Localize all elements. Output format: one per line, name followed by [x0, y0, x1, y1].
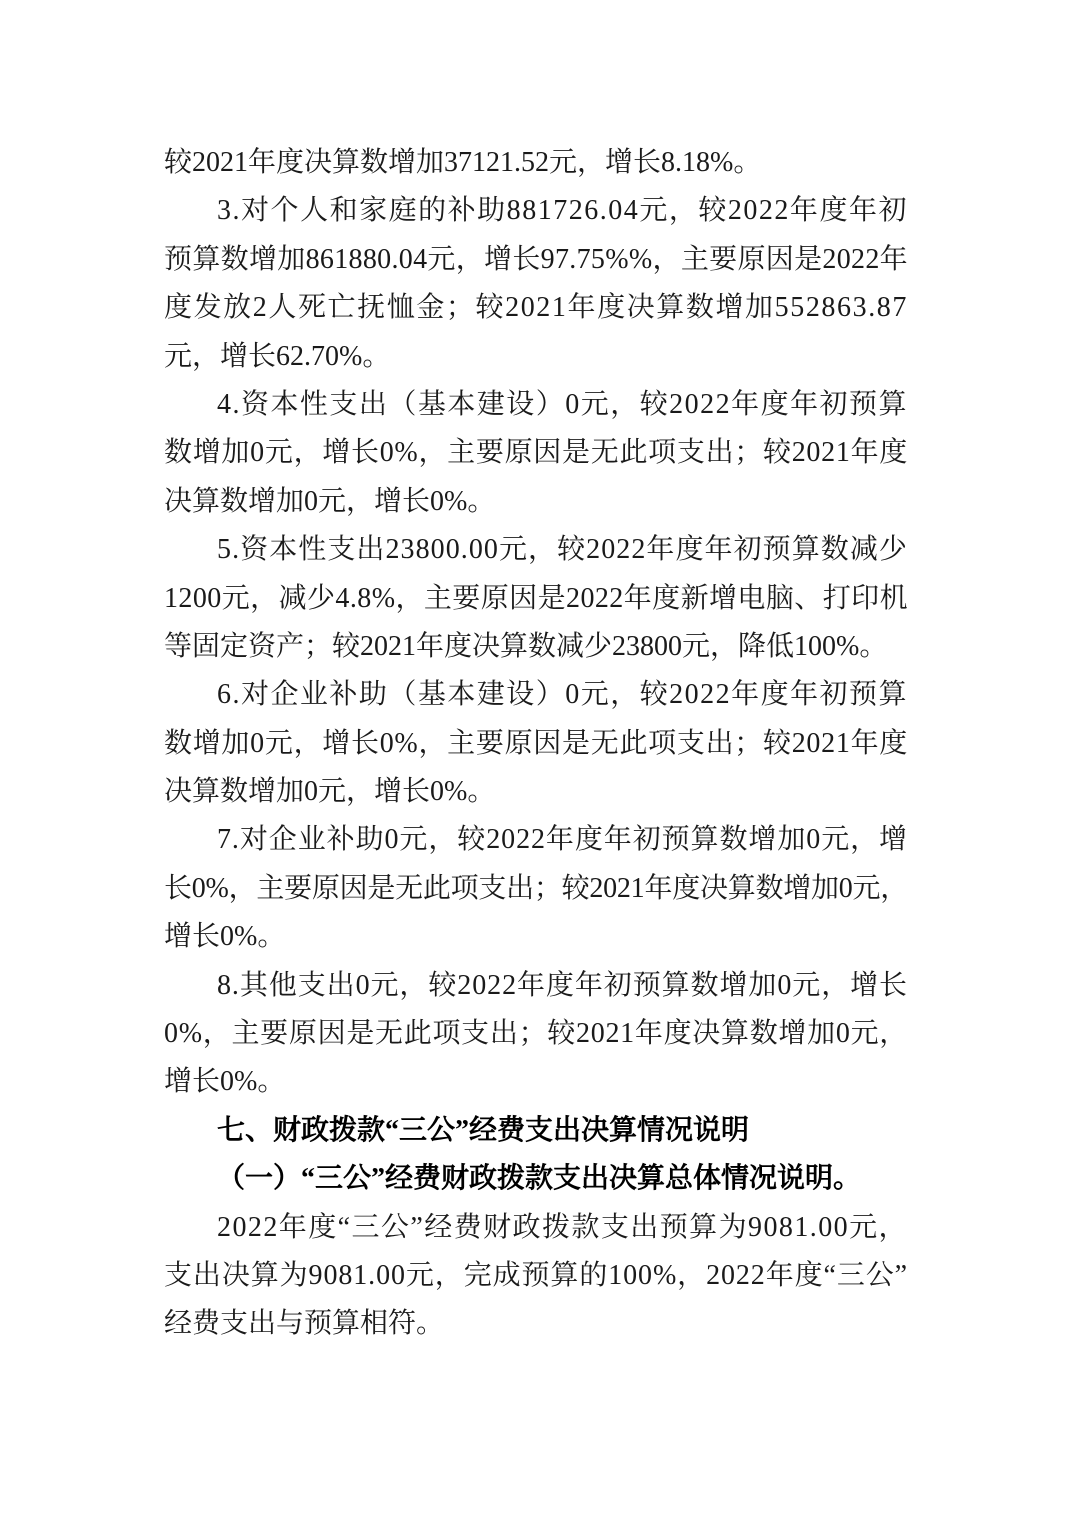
text-line: 6.对企业补助（基本建设）0元，较2022年度年初预算	[164, 671, 908, 719]
text-line: 等固定资产；较2021年度决算数减少23800元，降低100%。	[164, 623, 908, 671]
text-line-content: 决算数增加0元，增长0%。	[164, 776, 495, 807]
text-line-content: 决算数增加0元，增长0%。	[164, 486, 495, 517]
text-line-content: 7.对企业补助0元，较2022年度年初预算数增加0元，增	[217, 824, 908, 855]
document-page: 较2021年度决算数增加37121.52元，增长8.18%。3.对个人和家庭的补…	[0, 0, 1074, 1520]
text-line: 经费支出与预算相符。	[164, 1300, 908, 1348]
text-line-content: 5.资本性支出23800.00元，较2022年度年初预算数减少	[217, 534, 908, 565]
section-heading: 七、财政拨款“三公”经费支出决算情况说明	[164, 1107, 908, 1155]
text-line: 增长0%。	[164, 1058, 908, 1106]
text-line: 0%，主要原因是无此项支出；较2021年度决算数增加0元，	[164, 1010, 908, 1058]
text-line-content: 0%，主要原因是无此项支出；较2021年度决算数增加0元，	[164, 1018, 908, 1049]
text-line-content: 1200元，减少4.8%，主要原因是2022年度新增电脑、打印机	[164, 583, 908, 614]
text-line-content: 4.资本性支出（基本建设）0元，较2022年度年初预算	[217, 389, 908, 420]
text-line: 3.对个人和家庭的补助881726.04元，较2022年度年初	[164, 187, 908, 235]
text-line: 4.资本性支出（基本建设）0元，较2022年度年初预算	[164, 381, 908, 429]
text-line-content: 预算数增加861880.04元，增长97.75%%，主要原因是2022年	[164, 244, 908, 275]
text-line-content: 8.其他支出0元，较2022年度年初预算数增加0元，增长	[217, 970, 908, 1001]
text-line-content: 较2021年度决算数增加37121.52元，增长8.18%。	[164, 147, 761, 178]
text-line: 2022年度“三公”经费财政拨款支出预算为9081.00元，	[164, 1204, 908, 1252]
text-line-content: 七、财政拨款“三公”经费支出决算情况说明	[217, 1115, 749, 1146]
text-line-content: 2022年度“三公”经费财政拨款支出预算为9081.00元，	[217, 1212, 908, 1243]
text-line: 度发放2人死亡抚恤金；较2021年度决算数增加552863.87	[164, 284, 908, 332]
document-content: 较2021年度决算数增加37121.52元，增长8.18%。3.对个人和家庭的补…	[164, 139, 908, 1349]
text-line: 数增加0元，增长0%，主要原因是无此项支出；较2021年度	[164, 720, 908, 768]
text-line-content: 经费支出与预算相符。	[164, 1308, 444, 1339]
text-line: 决算数增加0元，增长0%。	[164, 768, 908, 816]
text-line: 较2021年度决算数增加37121.52元，增长8.18%。	[164, 139, 908, 187]
text-line: 预算数增加861880.04元，增长97.75%%，主要原因是2022年	[164, 236, 908, 284]
text-line-content: 度发放2人死亡抚恤金；较2021年度决算数增加552863.87	[164, 292, 908, 323]
text-line: 支出决算为9081.00元，完成预算的100%，2022年度“三公”	[164, 1252, 908, 1300]
text-line: 长0%，主要原因是无此项支出；较2021年度决算数增加0元，	[164, 865, 908, 913]
text-line: 增长0%。	[164, 913, 908, 961]
text-line-content: 等固定资产；较2021年度决算数减少23800元，降低100%。	[164, 631, 887, 662]
text-line-content: 数增加0元，增长0%，主要原因是无此项支出；较2021年度	[164, 437, 908, 468]
text-line: 5.资本性支出23800.00元，较2022年度年初预算数减少	[164, 526, 908, 574]
text-line-content: 6.对企业补助（基本建设）0元，较2022年度年初预算	[217, 679, 908, 710]
text-line-content: 增长0%。	[164, 921, 285, 952]
text-line: 7.对企业补助0元，较2022年度年初预算数增加0元，增	[164, 816, 908, 864]
text-line: 8.其他支出0元，较2022年度年初预算数增加0元，增长	[164, 962, 908, 1010]
text-line-content: 支出决算为9081.00元，完成预算的100%，2022年度“三公”	[164, 1260, 908, 1291]
text-line: 元，增长62.70%。	[164, 333, 908, 381]
text-line-content: 3.对个人和家庭的补助881726.04元，较2022年度年初	[217, 195, 908, 226]
text-line: 决算数增加0元，增长0%。	[164, 478, 908, 526]
text-line: 1200元，减少4.8%，主要原因是2022年度新增电脑、打印机	[164, 575, 908, 623]
text-line: 数增加0元，增长0%，主要原因是无此项支出；较2021年度	[164, 429, 908, 477]
text-line-content: 长0%，主要原因是无此项支出；较2021年度决算数增加0元，	[164, 873, 908, 904]
text-line-content: 数增加0元，增长0%，主要原因是无此项支出；较2021年度	[164, 728, 908, 759]
section-heading: （一）“三公”经费财政拨款支出决算总体情况说明。	[164, 1155, 908, 1203]
text-line-content: 增长0%。	[164, 1066, 285, 1097]
text-line-content: 元，增长62.70%。	[164, 341, 390, 372]
text-line-content: （一）“三公”经费财政拨款支出决算总体情况说明。	[217, 1163, 861, 1194]
